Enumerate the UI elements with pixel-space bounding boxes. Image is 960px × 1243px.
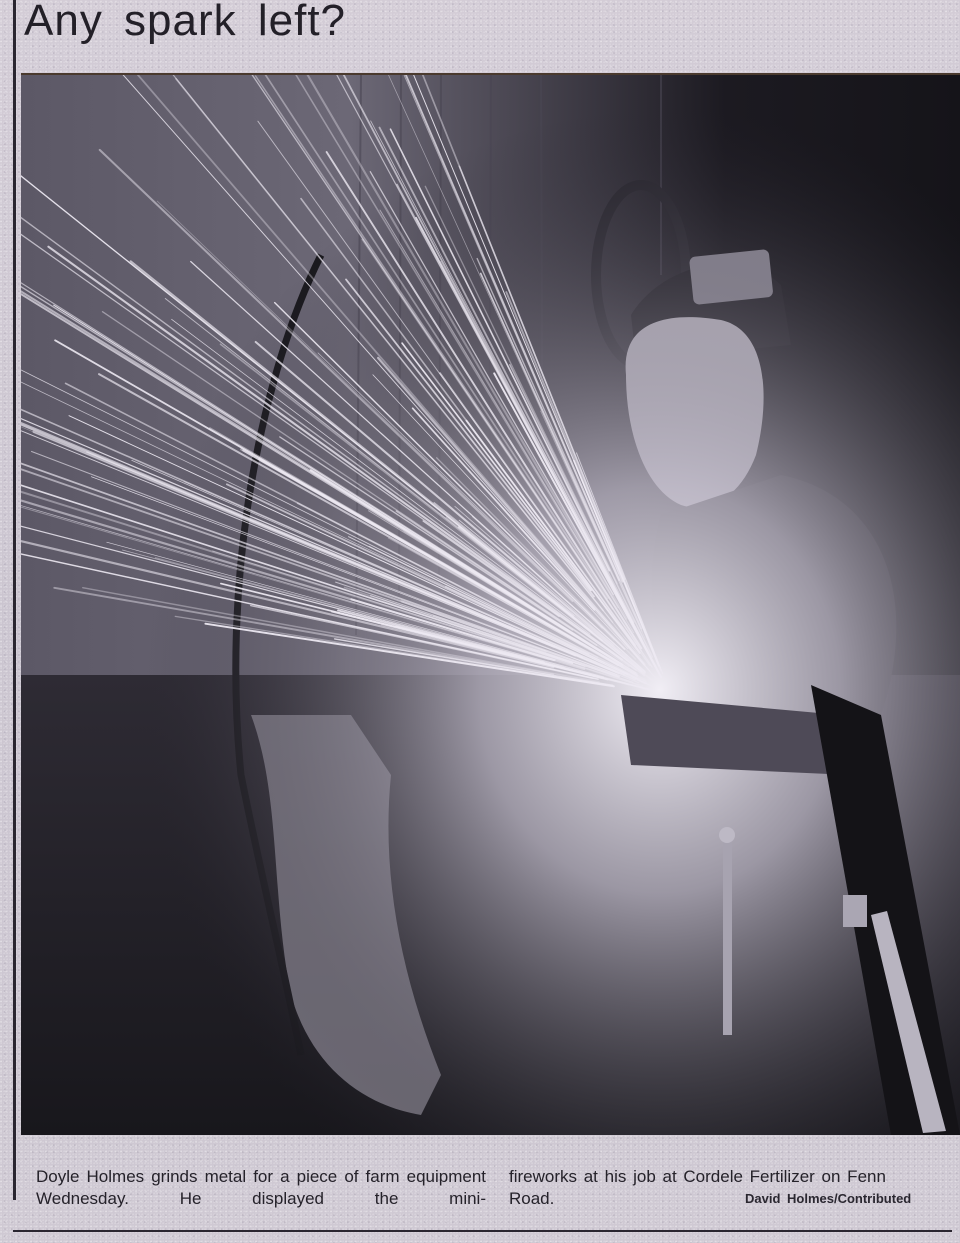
photo-image-icon [21, 75, 960, 1135]
headline: Any spark left? [24, 0, 346, 46]
caption-column-2-line-1: fireworks at his job at Cordele Fertiliz… [509, 1167, 886, 1186]
caption-column-1: Doyle Holmes grinds metal for a piece of… [36, 1166, 486, 1210]
news-photo [21, 73, 960, 1135]
bottom-rule [13, 1230, 952, 1232]
photo-credit: David Holmes/Contributed [745, 1191, 911, 1206]
column-rule-left [13, 0, 16, 1200]
caption-column-2-line-2: Road. [509, 1189, 554, 1208]
